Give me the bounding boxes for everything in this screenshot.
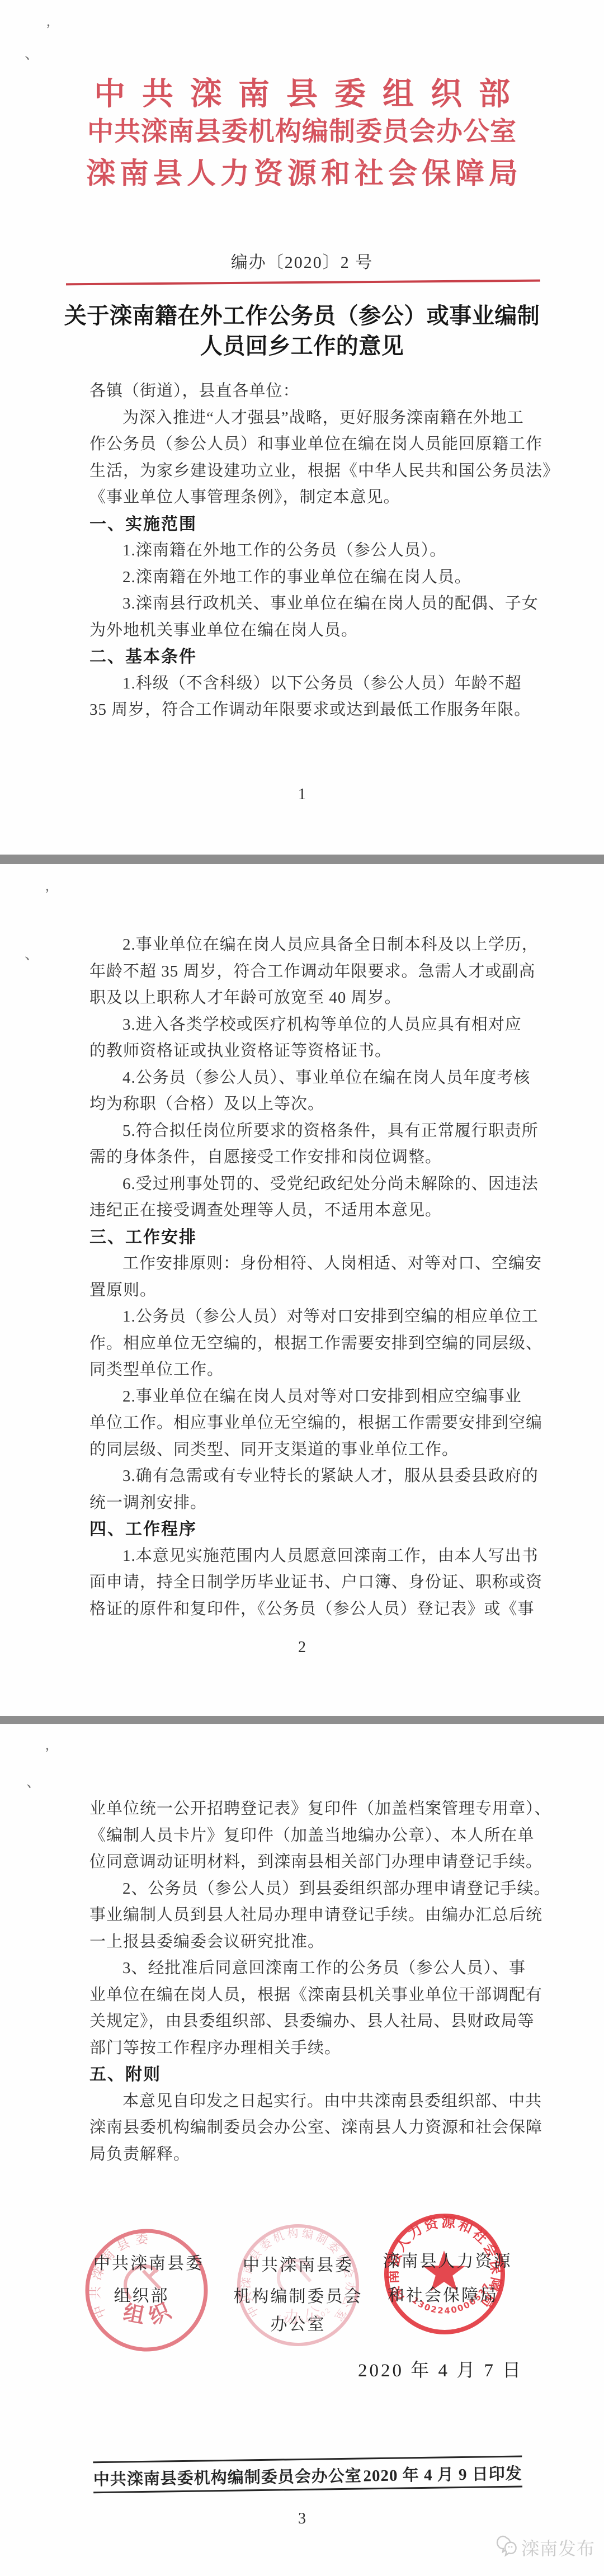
signer-org-left-line-2: 组织部 xyxy=(58,2282,225,2306)
official-seal-human-resources-bureau: 滦南县人力资源和社会保障局 1302240000537 xyxy=(381,2212,508,2337)
body-line: 2、公务员（参公人员）到县委组织部办理申请登记手续。 xyxy=(89,1876,542,1903)
body-line: 作。相应单位无空编的，根据工作需要安排到空编的同层级、 xyxy=(89,1331,542,1357)
body-line: 一上报县委编委会议研究批准。 xyxy=(89,1929,542,1956)
body-line: 《事业单位人事管理条例》，制定本意见。 xyxy=(89,484,542,511)
body-line: 1.滦南籍在外地工作的公务员（参公人员）。 xyxy=(89,537,542,564)
body-line: 4.公务员（参公人员）、事业单位在编在岗人员年度考核 xyxy=(89,1065,542,1092)
body-line: 事业编制人员到县人社局办理申请登记手续。由编办汇总后统 xyxy=(89,1902,542,1929)
page-number-3: 3 xyxy=(0,2510,604,2528)
body-line: 置原则。 xyxy=(89,1277,542,1304)
body-line: 二、基本条件 xyxy=(89,644,542,671)
signer-org-middle-line-1: 中共滦南县委 xyxy=(214,2251,382,2276)
scan-speck: 、 xyxy=(26,1775,41,1790)
page-3-body: 业单位统一公开招聘登记表》复印件（加盖档案管理专用章）、《编制人员卡片》复印件（… xyxy=(89,1796,542,2168)
body-line: 为外地机关事业单位在编在岗人员。 xyxy=(89,617,542,644)
page-1-body: 各镇（街道），县直各单位：为深入推进“人才强县”战略，更好服务滦南籍在外地工作公… xyxy=(89,378,542,724)
body-line: 工作安排原则：身份相符、人岗相适、对等对口、空编安 xyxy=(89,1251,542,1277)
red-divider-rule xyxy=(66,280,540,286)
body-line: 1.公务员（参公人员）对等对口安排到空编的相应单位工 xyxy=(89,1304,542,1331)
signer-org-right-line-1: 滦南县人力资源 xyxy=(364,2247,531,2272)
body-line: 生活，为家乡建设建功立业，根据《中华人民共和国公务员法》 xyxy=(89,458,542,485)
publisher-watermark: 滦南发布 xyxy=(496,2535,596,2560)
body-line: 单位工作。相应事业单位无空编的，根据工作需要安排到空编 xyxy=(89,1410,542,1437)
body-line: 5.符合拟任岗位所要求的资格条件，具有正常履行职责所 xyxy=(89,1118,542,1145)
body-line: 1.本意见实施范围内人员愿意回滦南工作，由本人写出书 xyxy=(89,1543,542,1570)
body-line: 职及以上职称人才年龄可放宽至 40 周岁。 xyxy=(89,985,542,1012)
body-line: 统一调剂安排。 xyxy=(89,1490,542,1517)
body-line: 3、经批准后同意回滦南工作的公务员（参公人员）、事 xyxy=(89,1955,542,1982)
body-line: 35 周岁，符合工作调动年限要求或达到最低工作服务年限。 xyxy=(89,697,542,724)
body-line: 1.科级（不含科级）以下公务员（参公人员）年龄不超 xyxy=(89,671,542,697)
footer-issuing-office: 中共滦南县委机构编制委员会办公室 xyxy=(93,2464,362,2490)
page-break-divider xyxy=(0,855,604,864)
body-line: 格证的原件和复印件，《公务员（参公人员）登记表》或《事 xyxy=(89,1596,542,1623)
signer-org-middle-line-2: 机构编制委员会 xyxy=(214,2282,382,2307)
scan-speck: 、 xyxy=(25,947,39,962)
body-line: 6.受过刑事处罚的、受党纪政纪处分尚未解除的、因违法 xyxy=(89,1171,542,1198)
watermark-text: 滦南发布 xyxy=(521,2535,595,2560)
body-line: 位同意调动证明材料，到滦南县相关部门办理申请登记手续。 xyxy=(89,1849,542,1876)
body-line: 为深入推进“人才强县”战略，更好服务滦南籍在外地工 xyxy=(89,405,542,432)
scanned-document: ’ 、 中共滦南县委组织部 中共滦南县委机构编制委员会办公室 滦南县人力资源和社… xyxy=(0,0,604,2576)
body-line: 五、附则 xyxy=(89,2061,542,2088)
body-line: 《编制人员卡片》复印件（加盖当地编办公章）、本人所在单 xyxy=(89,1823,542,1850)
body-line: 3.确有急需或有专业特长的紧缺人才，服从县委县政府的 xyxy=(89,1463,542,1490)
chat-bubbles-logo-icon xyxy=(496,2535,521,2560)
scan-speck: ’ xyxy=(46,22,51,37)
body-line: 2.滦南籍在外地工作的事业单位在编在岗人员。 xyxy=(89,564,542,591)
body-line: 本意见自印发之日起实行。由中共滦南县委组织部、中共 xyxy=(89,2088,542,2115)
signature-date: 2020 年 4 月 7 日 xyxy=(358,2356,526,2382)
body-line: 需的身体条件，自愿接受工作安排和岗位调整。 xyxy=(89,1144,542,1171)
document-title-line-1: 关于滦南籍在外工作公务员（参公）或事业编制 xyxy=(0,298,604,330)
body-line: 局负责解释。 xyxy=(89,2141,542,2168)
footer-print-date: 2020 年 4 月 9 日印发 xyxy=(363,2461,522,2487)
body-line: 作公务员（参公人员）和事业单位在编在岗人员能回原籍工作 xyxy=(89,431,542,458)
letterhead-org-3: 滦南县人力资源和社会保障局 xyxy=(0,150,604,192)
body-line: 同类型单位工作。 xyxy=(89,1357,542,1384)
body-line: 2.事业单位在编在岗人员应具备全日制本科及以上学历， xyxy=(89,932,542,959)
body-line: 均为称职（合格）及以上等次。 xyxy=(89,1091,542,1118)
body-line: 各镇（街道），县直各单位： xyxy=(89,378,542,405)
body-line: 业单位在编在岗人员，根据《滦南县机关事业单位干部调配有 xyxy=(89,1982,542,2009)
letterhead-org-2: 中共滦南县委机构编制委员会办公室 xyxy=(0,111,604,148)
body-line: 的同层级、同类型、同开支渠道的事业单位工作。 xyxy=(89,1437,542,1464)
page-number-1: 1 xyxy=(0,786,604,804)
signer-org-middle-line-3: 办公室 xyxy=(214,2310,382,2335)
body-line: 2.事业单位在编在岗人员对等对口安排到相应空编事业 xyxy=(89,1384,542,1410)
body-line: 部门等按工作程序办理相关手续。 xyxy=(89,2035,542,2062)
scan-speck: ’ xyxy=(45,1746,50,1761)
page-2-body: 2.事业单位在编在岗人员应具备全日制本科及以上学历，年龄不超 35 周岁，符合工… xyxy=(89,932,542,1622)
page-number-2: 2 xyxy=(0,1639,604,1657)
signer-org-right-line-2: 和社会保障局 xyxy=(359,2281,527,2306)
body-line: 关规定》，由县委组织部、县委编办、县人社局、县财政局等 xyxy=(89,2008,542,2035)
letterhead-org-1: 中共滦南县委组织部 xyxy=(0,69,604,114)
body-line: 的教师资格证或执业资格证等资格证书。 xyxy=(89,1038,542,1065)
body-line: 面申请，持全日制学历毕业证书、户口簿、身份证、职称或资 xyxy=(89,1569,542,1596)
body-line: 滦南县委机构编制委员会办公室、滦南县人力资源和社会保障 xyxy=(89,2115,542,2141)
body-line: 3.进入各类学校或医疗机构等单位的人员应具有相对应 xyxy=(89,1012,542,1039)
body-line: 3.滦南县行政机关、事业单位在编在岗人员的配偶、子女 xyxy=(89,591,542,617)
scan-speck: 、 xyxy=(25,47,39,62)
page-break-divider xyxy=(0,1716,604,1724)
signer-org-left-line-1: 中共滦南县委 xyxy=(65,2249,233,2274)
document-title-line-2: 人员回乡工作的意见 xyxy=(0,328,604,360)
body-line: 业单位统一公开招聘登记表》复印件（加盖档案管理专用章）、 xyxy=(89,1796,542,1823)
body-line: 一、实施范围 xyxy=(89,511,542,538)
body-line: 三、工作安排 xyxy=(89,1224,542,1251)
body-line: 四、工作程序 xyxy=(89,1516,542,1543)
scan-speck: ’ xyxy=(45,887,50,902)
document-number: 编办〔2020〕2 号 xyxy=(0,248,604,273)
body-line: 违纪正在接受调查处理等人员，不适用本意见。 xyxy=(89,1197,542,1224)
body-line: 年龄不超 35 周岁，符合工作调动年限要求。急需人才或副高 xyxy=(89,959,542,985)
